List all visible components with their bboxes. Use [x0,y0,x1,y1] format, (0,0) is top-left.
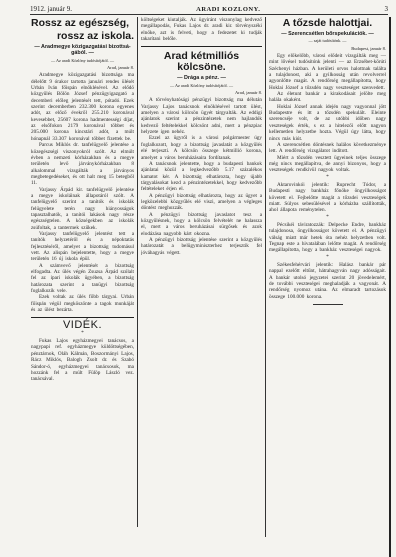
news-note: Székesfehérvári jelentik: Halász bankár … [269,262,386,300]
paragraph: Ezzel az ügyről is a városi polgármester… [141,135,262,160]
column-3: A tőzsde halottjai. — Szerencsétlen bőrs… [269,17,386,537]
paragraph: Varjassy tanfelügyelő jelentést tett a t… [31,231,134,263]
column-2: költségeket kiutalják. Az ügyiránt viszo… [141,17,262,537]
paragraph: A tanácsnok jelentette, hogy a budapesti… [141,161,262,193]
byline: — Az aradi Közlöny tudósítójától. — [141,83,262,89]
paragraph: Ezek voltak az ülés főbb tárgyai. Urbán … [31,294,134,313]
section-title: VIDÉK. [31,322,134,328]
column-divider [265,17,266,537]
paragraph: Fukas Lajos egyházmegyei tanácsos, a nag… [31,338,134,382]
ornament: * [269,215,386,221]
page-header: 1912. január 9. ARADI KOZLONY. 3 [30,4,388,15]
paragraph: Hoklai József annak idején nagy vagyonna… [269,104,386,142]
dateline: Budapest, január 8. [269,46,386,52]
news-note: Aktarovinkói jelentik: Ruprecht Tódor, a… [269,182,386,214]
article-title-cont: rossz az iskola. [31,31,134,42]
publication-name: ARADI KOZLONY. [196,6,260,13]
column-1: Rossz az egészség, rossz az iskola. — Ar… [31,17,134,527]
paragraph: Az életunt bankár a kirakodásait jelölte… [269,91,386,104]
byline: — Az aradi Közlöny tudósítójától. — [31,58,134,64]
page-edge [389,17,391,557]
paragraph: A pénzügyi bizottság elhatározta, hogy a… [141,193,262,212]
ornament: * [31,331,134,337]
paragraph: Parcus Miklós dr. tanfelügyelő jelentése… [31,142,134,186]
ornament: * [269,255,386,261]
article-separator [141,46,262,47]
dateline: Arad, január 8. [141,90,262,96]
issue-date: 1912. január 9. [30,5,72,13]
paragraph: A pénzügyi bizottság javaslatot tesz a k… [141,212,262,237]
article-subtitle: — Aradmegye közigazgatási bizottsá-gából… [31,44,134,57]
paragraph: költségeket kiutalják. Az ügyiránt viszo… [141,17,262,42]
dateline: Arad, január 8. [31,65,134,71]
article-title: A tőzsde halottjai. [269,18,386,29]
paragraph: A pénzügyi bizottság jelentése szerint a… [141,237,262,256]
ornament: * [269,175,386,181]
paragraph: Miért a tőzsdén vesztett ügyeinek teljes… [269,155,386,174]
paragraph: A törvényhatósági pénzügyi bizottság ma … [141,97,262,135]
news-note: Pécsikéi táviratozzák: Delpecke Endre, b… [269,222,386,254]
column-divider [137,17,138,527]
article-title: Arad kétmilliós kölcsöne. [141,51,262,73]
article-subtitle: — Szerencsétlen bőrspekulációk. — [269,31,386,37]
page-number: 3 [385,5,389,13]
paragraph: A számvevő jelentését a bizottság elfoga… [31,263,134,295]
paragraph: Aradmegye közigazgatási bizottsága ma dé… [31,72,134,142]
article-subtitle: — Drága a pénz. — [141,75,262,81]
end-rule [313,304,343,305]
byline: — saját tudósítónk. — [269,38,386,44]
article-title: Rossz az egészség, [31,18,134,29]
paragraph: Varjassy Árpád kir. tanfelügyelő jelenté… [31,187,134,231]
paragraph: Egy előkelőbb, városi elődeit vizsgálták… [269,53,386,91]
paragraph: A szerencsétlen döntésnek halálos követk… [269,142,386,155]
